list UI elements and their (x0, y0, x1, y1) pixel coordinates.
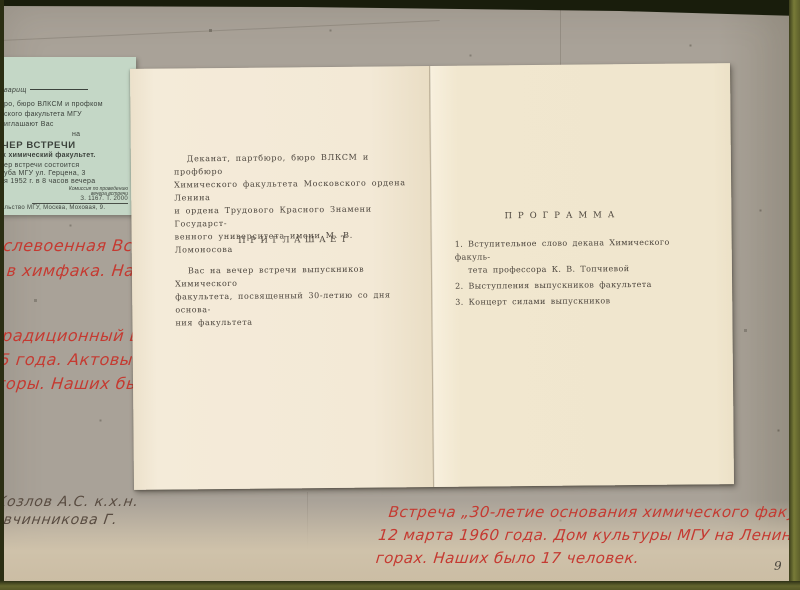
invitation-intro-line: и ордена Трудового Красного Знамени Госу… (174, 202, 414, 230)
program-title: ПРОГРАММА (431, 209, 693, 222)
ticket-detail: уба МГУ ул. Герцена, 3 (4, 170, 86, 177)
handwriting-line: радиционный В (1, 326, 145, 345)
ticket-imprint: тельство МГУ, Москва, Моховая, 9. (0, 205, 105, 211)
page-number: 9 (774, 559, 782, 573)
ticket-line: ро, бюро ВЛКСМ и профком (4, 101, 103, 108)
bifold-invitation-card: Деканат, партбюро, бюро ВЛКСМ и профбюро… (130, 63, 734, 490)
handwriting-left-fragment-2: радиционный В 5 года. Актовы горы. Наших… (0, 321, 146, 393)
fill-in-rule (30, 89, 88, 90)
page-crease (307, 492, 308, 582)
green-invitation-ticket: варищ ро, бюро ВЛКСМ и профком ского фак… (0, 57, 136, 215)
program-right-panel: ПРОГРАММА 1. Вступительное слово декана … (430, 63, 734, 487)
ticket-line: на (72, 131, 80, 138)
page-crease (560, 7, 561, 65)
ticket-salutation: варищ (4, 87, 88, 94)
handwritten-names: Козлов А.С. к.х.н. Овчинникова Г. (0, 494, 140, 528)
invitation-body-line: ния факультета (175, 314, 415, 329)
ticket-salutation-text: варищ (4, 87, 27, 94)
ticket-detail: ер встречи состоится (4, 162, 79, 169)
program-item-line: тета профессора К. В. Топчиевой (455, 261, 707, 276)
handwriting-line: горы. Наших бы (0, 374, 140, 393)
ticket-title: ЧЕР ВСТРЕЧИ (2, 140, 76, 151)
handwriting-line: Овчинникова Г. (0, 512, 137, 528)
invitation-left-panel: Деканат, партбюро, бюро ВЛКСМ и профбюро… (130, 66, 434, 490)
program-item-line: 3. Концерт силами выпускников (455, 293, 707, 308)
handwriting-line: 12 марта 1960 года. Дом культуры МГУ на … (377, 526, 800, 544)
handwriting-line: горах. Наших было 17 человек. (375, 549, 800, 567)
ticket-subtitle: х химический факультет. (2, 152, 96, 159)
scanned-album-page: { "page_number": "9", "colors": { "album… (0, 0, 800, 590)
ticket-line: ского факультета МГУ (4, 111, 82, 118)
program-item-line: 2. Выступления выпускников факультета (455, 277, 707, 292)
program-item-line: 1. Вступительное слово декана Химическог… (455, 235, 707, 263)
ticket-detail: я 1952 г. в 8 часов вечера (4, 178, 95, 185)
handwriting-line: Козлов А.С. к.х.н. (0, 494, 140, 510)
ticket-print-code: З. 1167. Т. 2000 (32, 196, 128, 204)
album-cover-edge-bottom (0, 581, 800, 590)
album-cover-edge-left (0, 0, 4, 590)
handwriting-line: 5 года. Актовы (0, 350, 143, 369)
invitation-body-line: Вас на вечер встречи выпускников Химичес… (175, 262, 415, 290)
program-list: 1. Вступительное слово декана Химическог… (455, 235, 708, 311)
handwritten-caption: Встреча „30-летие основания химического … (374, 503, 800, 572)
handwriting-line: Встреча „30-летие основания химического … (380, 503, 800, 521)
invitation-intro-line: Деканат, партбюро, бюро ВЛКСМ и профбюро (174, 150, 414, 178)
ticket-line: иглашают Вас (4, 121, 54, 128)
invitation-body: Вас на вечер встречи выпускников Химичес… (175, 262, 416, 329)
invitation-intro-line: Химического факультета Московского орден… (174, 176, 414, 204)
invitation-body-line: факультета, посвященный 30-летию со дня … (175, 288, 415, 316)
album-cover-edge-right (789, 0, 800, 590)
